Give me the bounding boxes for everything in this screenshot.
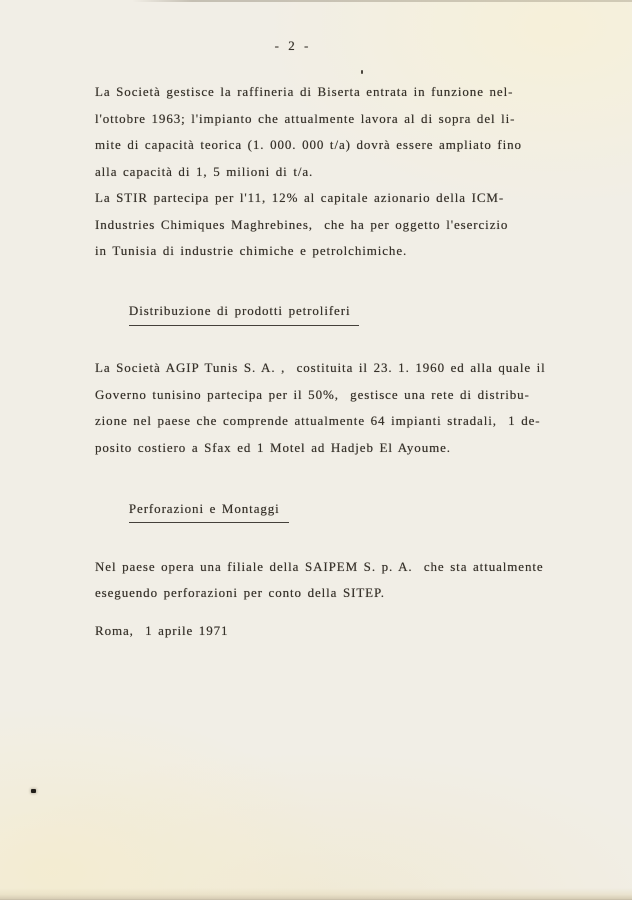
text-line: Nel paese opera una filiale della SAIPEM…	[95, 554, 575, 581]
text-line: Governo tunisino partecipa per il 50%, g…	[95, 382, 575, 409]
ink-speck	[31, 789, 36, 793]
text-line: posito costiero a Sfax ed 1 Motel ad Had…	[95, 435, 575, 462]
text-line: La Società AGIP Tunis S. A. , costituita…	[95, 355, 575, 382]
dateline: Roma, 1 aprile 1971	[95, 618, 228, 645]
text-line: La STIR partecipa per l'11, 12% al capit…	[95, 185, 575, 212]
text-line: eseguendo perforazioni per conto della S…	[95, 580, 575, 607]
text-line: zione nel paese che comprende attualment…	[95, 408, 575, 435]
paragraph-agip-tunis: La Società AGIP Tunis S. A. , costituita…	[95, 355, 575, 461]
body-text-column: La Società gestisce la raffineria di Bis…	[95, 79, 575, 607]
heading-perforazioni: Perforazioni e Montaggi	[95, 469, 575, 550]
heading-distribuzione-text: Distribuzione di prodotti petroliferi	[129, 298, 360, 326]
scan-top-edge	[132, 0, 632, 2]
paragraph-biserta-refinery: La Società gestisce la raffineria di Bis…	[95, 79, 575, 185]
scan-bottom-edge	[0, 888, 632, 900]
text-line: mite di capacità teorica (1. 000. 000 t/…	[95, 132, 575, 159]
page-number: - 2 -	[95, 38, 491, 54]
heading-perforazioni-text: Perforazioni e Montaggi	[129, 496, 289, 524]
heading-distribuzione: Distribuzione di prodotti petroliferi	[95, 272, 575, 353]
paragraph-stir-icm: La STIR partecipa per l'11, 12% al capit…	[95, 185, 575, 265]
document-page: - 2 - La Società gestisce la raffineria …	[0, 0, 632, 900]
text-line: La Società gestisce la raffineria di Bis…	[95, 79, 575, 106]
text-line: l'ottobre 1963; l'impianto che attualmen…	[95, 106, 575, 133]
text-line: alla capacità di 1, 5 milioni di t/a.	[95, 159, 575, 186]
stray-ink-mark	[361, 70, 363, 74]
paragraph-saipem-sitep: Nel paese opera una filiale della SAIPEM…	[95, 554, 575, 607]
text-line: in Tunisia di industrie chimiche e petro…	[95, 238, 575, 265]
text-line: Industries Chimiques Maghrebines, che ha…	[95, 212, 575, 239]
